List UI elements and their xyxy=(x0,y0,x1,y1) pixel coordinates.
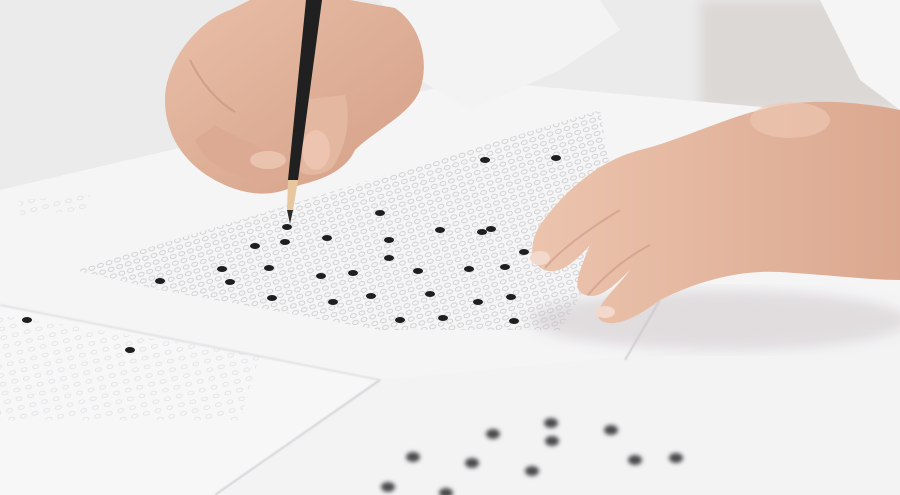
filled-bubble xyxy=(225,279,235,285)
filled-bubble xyxy=(551,155,561,161)
filled-bubble xyxy=(406,452,420,462)
filled-bubble xyxy=(425,291,435,297)
filled-bubble xyxy=(435,227,445,233)
filled-bubble xyxy=(217,266,227,272)
filled-bubble xyxy=(509,318,519,324)
filled-bubble xyxy=(473,299,483,305)
filled-bubble xyxy=(465,458,479,468)
filled-bubble xyxy=(413,268,423,274)
filled-bubble xyxy=(381,482,395,492)
filled-bubble xyxy=(628,455,642,465)
filled-bubble xyxy=(544,418,558,428)
filled-bubble xyxy=(316,273,326,279)
photo-scene xyxy=(0,0,900,495)
filled-bubble xyxy=(486,429,500,439)
filled-bubble xyxy=(384,255,394,261)
filled-bubble xyxy=(464,266,474,272)
filled-bubble xyxy=(500,264,510,270)
filled-bubble xyxy=(348,270,358,276)
filled-bubble xyxy=(125,347,135,353)
filled-bubble xyxy=(328,299,338,305)
filled-bubble xyxy=(22,317,32,323)
filled-bubble xyxy=(384,237,394,243)
filled-bubble xyxy=(375,210,385,216)
filled-bubble xyxy=(506,294,516,300)
filled-bubble xyxy=(477,229,487,235)
filled-bubble xyxy=(322,235,332,241)
filled-bubble xyxy=(525,466,539,476)
filled-bubble xyxy=(282,224,292,230)
filled-bubble xyxy=(264,265,274,271)
filled-bubble xyxy=(267,295,277,301)
scene-illustration xyxy=(0,0,900,495)
filled-bubble xyxy=(155,278,165,284)
filled-bubble xyxy=(669,453,683,463)
filled-bubble xyxy=(250,243,260,249)
filled-bubble xyxy=(545,436,559,446)
filled-bubble xyxy=(486,226,496,232)
filled-bubble xyxy=(438,315,448,321)
filled-bubble xyxy=(519,249,529,255)
filled-bubble xyxy=(395,317,405,323)
filled-bubble xyxy=(480,157,490,163)
filled-bubble xyxy=(604,425,618,435)
filled-bubble xyxy=(366,293,376,299)
filled-bubble xyxy=(280,239,290,245)
